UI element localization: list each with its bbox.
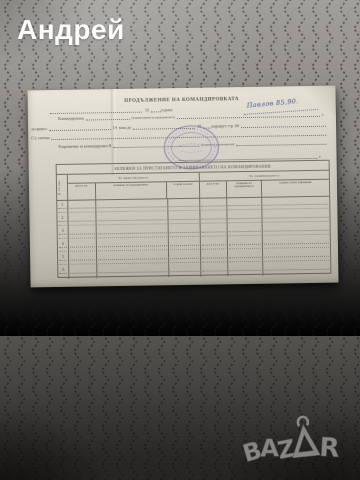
bazar-letter-r: R (319, 433, 341, 464)
seller-name-watermark: Андрей (17, 14, 125, 46)
table-body: 1 2 3 4 (57, 197, 330, 279)
notes-table: БЕЛЕЖКИ ЗА ПРИСТИГАНЕТО И ЗАМИНАВАНЕТО Н… (56, 160, 332, 278)
document-paper: ПРОДЪЛЖЕНИЕ НА КОМАНДИРОВКАТА 19 година … (27, 86, 338, 288)
col-header-number: № по ред (57, 175, 68, 200)
dotted-blank (86, 114, 130, 121)
dotted-blank (241, 121, 326, 128)
dotted-blank (49, 124, 111, 131)
dotted-blank (236, 139, 326, 146)
group-header-arrival: За пристигането дата и час название на п… (68, 173, 200, 200)
group-header-departure: За заминаването дата и час название на п… (200, 171, 329, 198)
listing-photo: ПРОДЪЛЖЕНИЕ НА КОМАНДИРОВКАТА 19 година … (0, 0, 360, 480)
bazar-logo-watermark: B A Z R (238, 407, 344, 479)
